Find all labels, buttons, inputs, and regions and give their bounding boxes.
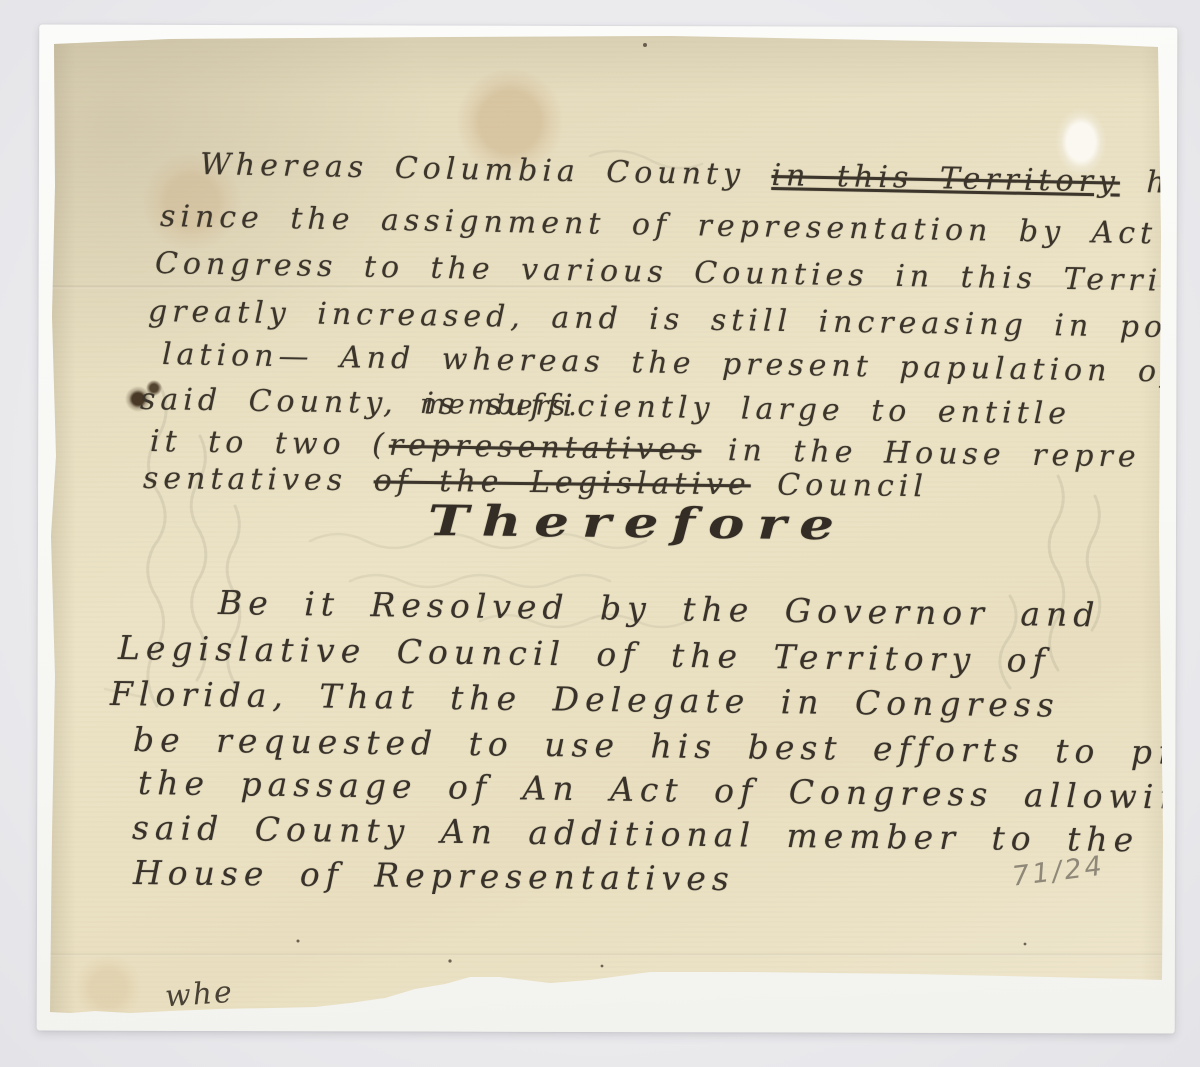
handwritten-text: Therefore	[428, 496, 847, 549]
archival-number: 71/24	[1011, 852, 1106, 890]
handwritten-text: Legislative Council of the Territory of	[118, 628, 1051, 680]
handwritten-text: it to two (	[150, 424, 389, 463]
manuscript-line: said County An additional member to the	[132, 810, 1140, 859]
handwritten-text: said County An additional member to the	[132, 808, 1140, 859]
manuscript-line: since the assignment of representation b…	[160, 200, 1200, 252]
manuscript-line: lation— And whereas the present papulati…	[162, 338, 1178, 389]
handwritten-text: Whereas Columbia County	[200, 147, 772, 193]
manuscript-line: Congress to the various Counties in this…	[155, 247, 1200, 299]
manuscript-line: greatly increased, and is still increasi…	[148, 295, 1200, 345]
manuscript-page: Whereas Columbia County in this Territor…	[50, 36, 1163, 1018]
manuscript-line: Be it Resolved by the Governor and	[218, 585, 1101, 634]
handwritten-text: the passage of An Act of Congress allowi…	[138, 763, 1200, 817]
handwritten-text: said County, is sufficiently large to en…	[140, 382, 1072, 432]
manuscript-line: Whereas Columbia County in this Territor…	[200, 148, 1200, 200]
manuscript-line: the passage of An Act of Congress allowi…	[138, 765, 1200, 816]
manuscript-heading-therefore: Therefore	[428, 498, 847, 549]
torn-edge-text-fragment: whe	[164, 978, 235, 1013]
scan-background: Whereas Columbia County in this Territor…	[0, 0, 1200, 1067]
handwritten-text: sentatives	[143, 461, 374, 498]
handwritten-text: greatly increased, and is still increasi…	[148, 294, 1200, 346]
manuscript-line: House of Representatives	[133, 855, 735, 898]
inserted-word: members.	[420, 391, 580, 420]
struck-text: representatives	[389, 428, 702, 468]
handwritten-text: since the assignment of representation b…	[160, 199, 1200, 253]
handwritten-text: Be it Resolved by the Governor and	[218, 583, 1101, 634]
handwritten-text: has	[1120, 165, 1200, 202]
handwritten-text: lation— And whereas the present papulati…	[162, 337, 1178, 390]
handwritten-text: Florida, That the Delegate in Congress	[110, 674, 1060, 725]
struck-text: in this Territory	[771, 158, 1120, 200]
manuscript-line: Legislative Council of the Territory of	[118, 630, 1051, 679]
handwritten-text: House of Representatives	[133, 853, 735, 898]
handwritten-text: Congress to the various Counties in this…	[155, 246, 1200, 300]
manuscript-line: said County, is sufficiently large to en…	[140, 383, 1072, 431]
manuscript-line: Florida, That the Delegate in Congress	[110, 676, 1060, 724]
